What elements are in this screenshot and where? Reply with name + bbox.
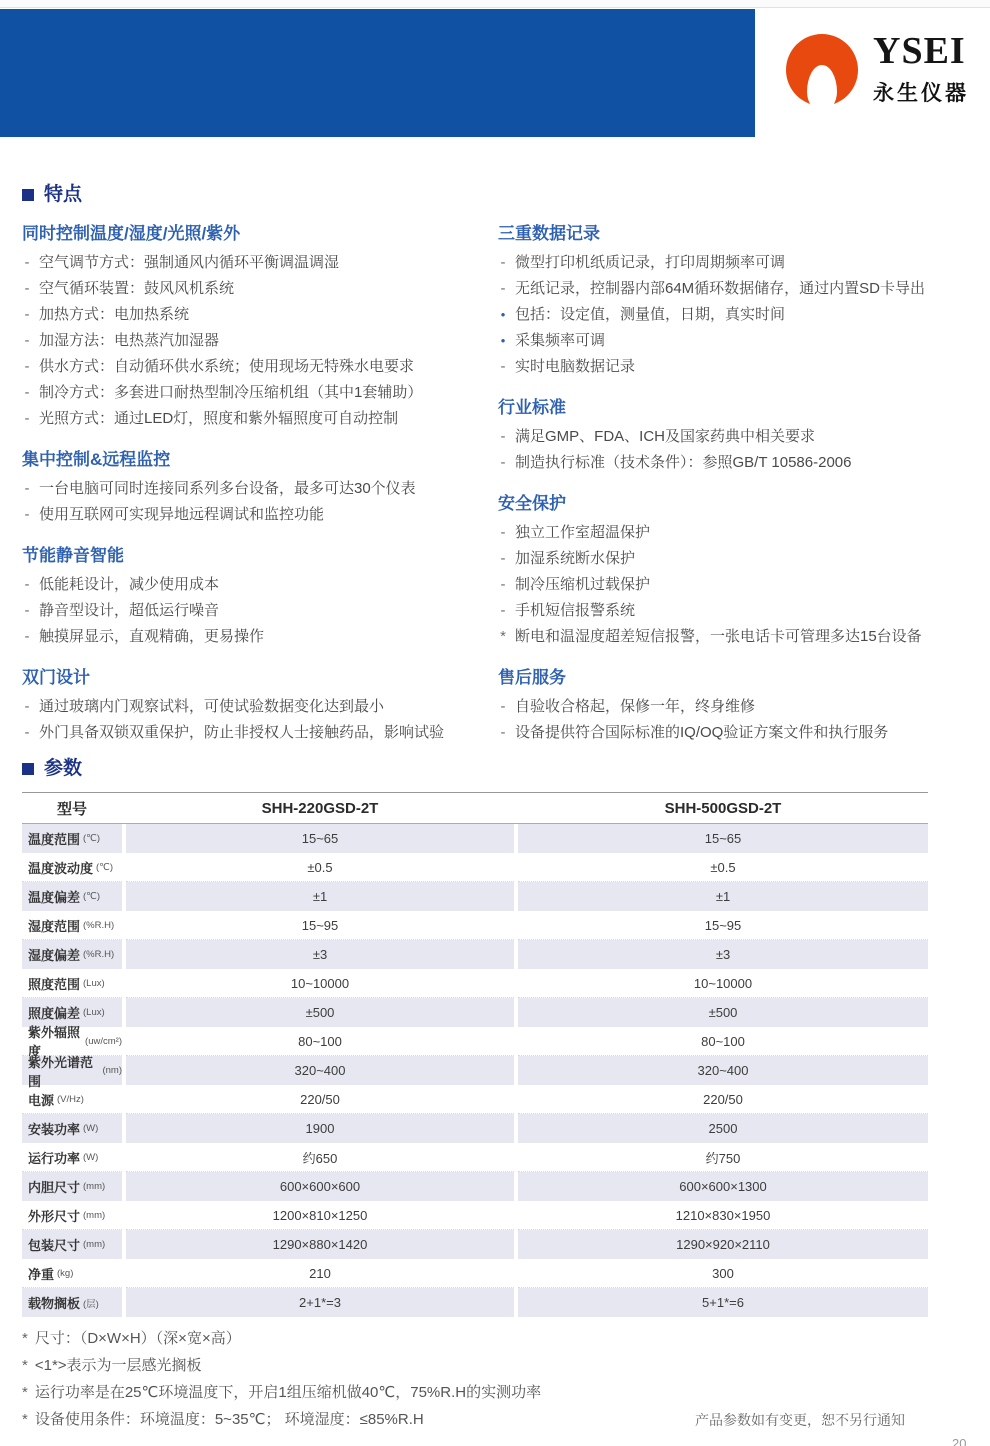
feature-text: 加热方式：电加热系统	[39, 302, 189, 328]
feature-item: -一台电脑可同时连接同系列多台设备，最多可达30个仪表	[22, 476, 484, 502]
table-row: 运行功率(W)约650约750	[22, 1143, 928, 1172]
feature-text: 自验收合格起，保修一年，终身维修	[515, 694, 755, 720]
spec-value: ±0.5	[518, 853, 928, 882]
spec-unit: (mm)	[83, 1239, 105, 1250]
spec-value: 15~65	[126, 824, 514, 853]
asterisk-bullet: *	[498, 624, 508, 650]
feature-item: -制冷压缩机过载保护	[498, 572, 968, 598]
dash-bullet: -	[22, 598, 32, 624]
feature-text: 低能耗设计，减少使用成本	[39, 572, 219, 598]
feature-group-central-control: 集中控制&远程监控 -一台电脑可同时连接同系列多台设备，最多可达30个仪表 -使…	[22, 448, 484, 528]
feature-item: -静音型设计，超低运行噪音	[22, 598, 484, 624]
dot-bullet: •	[498, 302, 508, 328]
feature-heading: 同时控制温度/湿度/光照/紫外	[22, 222, 484, 246]
brand-logo-text: YSEI 永生仪器	[873, 32, 969, 107]
spec-value: 2500	[518, 1114, 928, 1143]
dash-bullet: -	[22, 572, 32, 598]
page-header: YSEI 永生仪器	[0, 8, 990, 138]
feature-item: -加湿方法：电热蒸汽加湿器	[22, 328, 484, 354]
spec-label: 净重(kg)	[22, 1259, 122, 1288]
spec-value: 1290×880×1420	[126, 1230, 514, 1259]
feature-item: -光照方式：通过LED灯，照度和紫外辐照度可自动控制	[22, 406, 484, 432]
section-bullet-icon	[22, 189, 34, 201]
footnote-text: <1*>表示为一层感光搁板	[35, 1352, 202, 1379]
table-row: 湿度偏差(%R.H)±3±3	[22, 940, 928, 969]
feature-group-data-recording: 三重数据记录 -微型打印机纸质记录，打印周期频率可调 -无纸记录，控制器内部64…	[498, 222, 968, 380]
feature-heading: 售后服务	[498, 666, 968, 690]
feature-heading: 行业标准	[498, 396, 968, 420]
dash-bullet: -	[22, 624, 32, 650]
feature-text: 断电和温湿度超差短信报警，一张电话卡可管理多达15台设备	[515, 624, 922, 650]
dash-bullet: -	[498, 354, 508, 380]
dash-bullet: -	[22, 354, 32, 380]
dot-bullet: •	[498, 328, 508, 354]
asterisk-bullet: *	[22, 1352, 28, 1379]
spec-table: 型号 SHH-220GSD-2T SHH-500GSD-2T 温度范围(℃)15…	[22, 792, 928, 1317]
spec-label: 电源(V/Hz)	[22, 1085, 122, 1114]
spec-unit: (V/Hz)	[57, 1094, 84, 1105]
table-row: 照度范围(Lux)10~1000010~10000	[22, 969, 928, 998]
spec-unit: (W)	[83, 1152, 98, 1163]
dash-bullet: -	[498, 520, 508, 546]
params-section-title: 参数	[22, 758, 968, 780]
footnote: *尺寸：（D×W×H）（深×宽×高）	[22, 1325, 968, 1352]
spec-label: 紫外光谱范围(nm)	[22, 1056, 122, 1085]
spec-label: 载物搁板(层)	[22, 1288, 122, 1317]
feature-text: 触摸屏显示，直观精确，更易操作	[39, 624, 264, 650]
spec-value: 2+1*=3	[126, 1288, 514, 1317]
spec-value: 1210×830×1950	[518, 1201, 928, 1230]
spec-value: 15~95	[126, 911, 514, 940]
spec-value: ±3	[126, 940, 514, 969]
spec-unit: (Lux)	[83, 978, 105, 989]
spec-value: 约750	[518, 1143, 928, 1172]
feature-item: •包括：设定值，测量值，日期，真实时间	[498, 302, 968, 328]
dash-bullet: -	[498, 694, 508, 720]
spec-unit: (%R.H)	[83, 949, 114, 960]
spec-value: ±1	[126, 882, 514, 911]
spec-unit: (Lux)	[83, 1007, 105, 1018]
feature-text: 采集频率可调	[515, 328, 605, 354]
feature-text: 独立工作室超温保护	[515, 520, 650, 546]
dash-bullet: -	[22, 502, 32, 528]
table-row: 包装尺寸(mm)1290×880×14201290×920×2110	[22, 1230, 928, 1259]
feature-item: -独立工作室超温保护	[498, 520, 968, 546]
dash-bullet: -	[498, 546, 508, 572]
spec-value: 220/50	[126, 1085, 514, 1114]
feature-text: 无纸记录，控制器内部64M循环数据储存，通过内置SD卡导出	[515, 276, 925, 302]
table-row: 净重(kg)210300	[22, 1259, 928, 1288]
feature-item: -通过玻璃内门观察试料，可使试验数据变化达到最小	[22, 694, 484, 720]
spec-label: 包装尺寸(mm)	[22, 1230, 122, 1259]
footnote: *运行功率是在25℃环境温度下，开启1组压缩机做40℃，75%R.H的实测功率	[22, 1379, 968, 1406]
table-row: 温度偏差(℃)±1±1	[22, 882, 928, 911]
spec-label: 内胆尺寸(mm)	[22, 1172, 122, 1201]
table-row: 湿度范围(%R.H)15~9515~95	[22, 911, 928, 940]
feature-text: 制冷压缩机过载保护	[515, 572, 650, 598]
spec-value: 220/50	[518, 1085, 928, 1114]
brand-name: YSEI	[873, 32, 969, 70]
asterisk-bullet: *	[22, 1406, 28, 1433]
spec-unit: (℃)	[96, 862, 113, 873]
spec-unit: (%R.H)	[83, 920, 114, 931]
table-row: 照度偏差(Lux)±500±500	[22, 998, 928, 1027]
feature-text: 通过玻璃内门观察试料，可使试验数据变化达到最小	[39, 694, 384, 720]
spec-value: 1200×810×1250	[126, 1201, 514, 1230]
footnote: *<1*>表示为一层感光搁板	[22, 1352, 968, 1379]
page-content: 特点 同时控制温度/湿度/光照/紫外 -空气调节方式：强制通风内循环平衡调温调湿…	[0, 184, 990, 1433]
dash-bullet: -	[22, 380, 32, 406]
spec-unit: (层)	[83, 1296, 99, 1310]
spec-unit: (nm)	[102, 1065, 122, 1076]
dash-bullet: -	[22, 302, 32, 328]
top-divider	[0, 0, 990, 8]
feature-text: 使用互联网可实现异地远程调试和监控功能	[39, 502, 324, 528]
footnotes: *尺寸：（D×W×H）（深×宽×高） *<1*>表示为一层感光搁板 *运行功率是…	[22, 1325, 968, 1433]
spec-value: ±0.5	[126, 853, 514, 882]
feature-item: -加热方式：电加热系统	[22, 302, 484, 328]
feature-heading: 双门设计	[22, 666, 484, 690]
feature-text: 外门具备双锁双重保护，防止非授权人士接触药品，影响试验	[39, 720, 444, 746]
feature-text: 满足GMP、FDA、ICH及国家药典中相关要求	[515, 424, 815, 450]
table-row: 载物搁板(层)2+1*=35+1*=6	[22, 1288, 928, 1317]
dash-bullet: -	[498, 276, 508, 302]
spec-value: 600×600×600	[126, 1172, 514, 1201]
header-blue-bar	[0, 9, 755, 137]
feature-item: -使用互联网可实现异地远程调试和监控功能	[22, 502, 484, 528]
spec-value: 80~100	[518, 1027, 928, 1056]
spec-value: ±3	[518, 940, 928, 969]
dash-bullet: -	[498, 250, 508, 276]
footnote-text: 设备使用条件：环境温度：5~35℃； 环境湿度：≤85%R.H	[35, 1406, 424, 1433]
feature-item: -供水方式：自动循环供水系统；使用现场无特殊水电要求	[22, 354, 484, 380]
table-row: 外形尺寸(mm)1200×810×12501210×830×1950	[22, 1201, 928, 1230]
spec-value: 15~95	[518, 911, 928, 940]
spec-label: 湿度偏差(%R.H)	[22, 940, 122, 969]
features-section-title: 特点	[22, 184, 968, 206]
spec-unit: (kg)	[57, 1268, 73, 1279]
dash-bullet: -	[22, 276, 32, 302]
feature-group-double-door: 双门设计 -通过玻璃内门观察试料，可使试验数据变化达到最小 -外门具备双锁双重保…	[22, 666, 484, 746]
footnote-text: 尺寸：（D×W×H）（深×宽×高）	[35, 1325, 241, 1352]
model-column-header: 型号	[22, 793, 122, 823]
spec-value: 1900	[126, 1114, 514, 1143]
brand-subtitle: 永生仪器	[873, 77, 969, 107]
spec-label: 湿度范围(%R.H)	[22, 911, 122, 940]
feature-text: 制冷方式：多套进口耐热型制冷压缩机组（其中1套辅助）	[39, 380, 422, 406]
feature-text: 微型打印机纸质记录，打印周期频率可调	[515, 250, 785, 276]
dash-bullet: -	[498, 450, 508, 476]
spec-value: ±500	[126, 998, 514, 1027]
feature-group-multi-control: 同时控制温度/湿度/光照/紫外 -空气调节方式：强制通风内循环平衡调温调湿 -空…	[22, 222, 484, 432]
feature-text: 设备提供符合国际标准的IQ/OQ验证方案文件和执行服务	[515, 720, 888, 746]
spec-value: 1290×920×2110	[518, 1230, 928, 1259]
disclaimer-text: 产品参数如有变更，恕不另行通知	[695, 1410, 905, 1430]
dash-bullet: -	[22, 720, 32, 746]
feature-item: -微型打印机纸质记录，打印周期频率可调	[498, 250, 968, 276]
spec-label: 安装功率(W)	[22, 1114, 122, 1143]
spec-label: 外形尺寸(mm)	[22, 1201, 122, 1230]
feature-item: -制冷方式：多套进口耐热型制冷压缩机组（其中1套辅助）	[22, 380, 484, 406]
feature-item: -无纸记录，控制器内部64M循环数据储存，通过内置SD卡导出	[498, 276, 968, 302]
dash-bullet: -	[22, 694, 32, 720]
spec-unit: (mm)	[83, 1181, 105, 1192]
table-row: 紫外辐照度(uw/cm²)80~10080~100	[22, 1027, 928, 1056]
feature-text: 加湿方法：电热蒸汽加湿器	[39, 328, 219, 354]
feature-item: -满足GMP、FDA、ICH及国家药典中相关要求	[498, 424, 968, 450]
table-row: 内胆尺寸(mm)600×600×600600×600×1300	[22, 1172, 928, 1201]
spec-value: 80~100	[126, 1027, 514, 1056]
feature-text: 静音型设计，超低运行噪音	[39, 598, 219, 624]
logo-egg-shape	[807, 65, 837, 111]
features-title-label: 特点	[44, 184, 82, 206]
feature-item: -空气调节方式：强制通风内循环平衡调温调湿	[22, 250, 484, 276]
table-row: 电源(V/Hz)220/50220/50	[22, 1085, 928, 1114]
features-left-column: 同时控制温度/湿度/光照/紫外 -空气调节方式：强制通风内循环平衡调温调湿 -空…	[22, 206, 484, 746]
feature-text: 手机短信报警系统	[515, 598, 635, 624]
feature-heading: 三重数据记录	[498, 222, 968, 246]
spec-value: 10~10000	[126, 969, 514, 998]
feature-heading: 节能静音智能	[22, 544, 484, 568]
section-bullet-icon	[22, 763, 34, 775]
spec-label: 温度波动度(℃)	[22, 853, 122, 882]
feature-item: -设备提供符合国际标准的IQ/OQ验证方案文件和执行服务	[498, 720, 968, 746]
page-number: 20	[952, 1436, 966, 1446]
dash-bullet: -	[498, 598, 508, 624]
dash-bullet: -	[498, 424, 508, 450]
feature-text: 空气调节方式：强制通风内循环平衡调温调湿	[39, 250, 339, 276]
feature-text: 制造执行标准（技术条件）：参照GB/T 10586-2006	[515, 450, 851, 476]
footnote-text: 运行功率是在25℃环境温度下，开启1组压缩机做40℃，75%R.H的实测功率	[35, 1379, 541, 1406]
feature-item: -手机短信报警系统	[498, 598, 968, 624]
dash-bullet: -	[22, 250, 32, 276]
spec-label: 照度范围(Lux)	[22, 969, 122, 998]
feature-text: 一台电脑可同时连接同系列多台设备，最多可达30个仪表	[39, 476, 416, 502]
feature-item: -实时电脑数据记录	[498, 354, 968, 380]
feature-group-industry-standard: 行业标准 -满足GMP、FDA、ICH及国家药典中相关要求 -制造执行标准（技术…	[498, 396, 968, 476]
feature-text: 包括：设定值，测量值，日期，真实时间	[515, 302, 785, 328]
features-columns: 同时控制温度/湿度/光照/紫外 -空气调节方式：强制通风内循环平衡调温调湿 -空…	[22, 206, 968, 746]
dash-bullet: -	[498, 572, 508, 598]
table-row: 温度范围(℃)15~6515~65	[22, 824, 928, 853]
spec-value: 600×600×1300	[518, 1172, 928, 1201]
spec-unit: (W)	[83, 1123, 98, 1134]
spec-value: 210	[126, 1259, 514, 1288]
feature-text: 实时电脑数据记录	[515, 354, 635, 380]
spec-value: 10~10000	[518, 969, 928, 998]
feature-item: -空气循环装置：鼓风风机系统	[22, 276, 484, 302]
spec-value: 320~400	[126, 1056, 514, 1085]
dash-bullet: -	[498, 720, 508, 746]
feature-item: -外门具备双锁双重保护，防止非授权人士接触药品，影响试验	[22, 720, 484, 746]
spec-unit: (℃)	[83, 891, 100, 902]
spec-value: 5+1*=6	[518, 1288, 928, 1317]
feature-item: -自验收合格起，保修一年，终身维修	[498, 694, 968, 720]
feature-item: •采集频率可调	[498, 328, 968, 354]
asterisk-bullet: *	[22, 1325, 28, 1352]
model2-header: SHH-500GSD-2T	[518, 793, 928, 823]
features-right-column: 三重数据记录 -微型打印机纸质记录，打印周期频率可调 -无纸记录，控制器内部64…	[484, 206, 968, 746]
table-header-row: 型号 SHH-220GSD-2T SHH-500GSD-2T	[22, 793, 928, 824]
params-title-label: 参数	[44, 758, 82, 780]
spec-value: 约650	[126, 1143, 514, 1172]
spec-label: 运行功率(W)	[22, 1143, 122, 1172]
feature-text: 光照方式：通过LED灯，照度和紫外辐照度可自动控制	[39, 406, 398, 432]
table-row: 紫外光谱范围(nm)320~400320~400	[22, 1056, 928, 1085]
dash-bullet: -	[22, 406, 32, 432]
feature-group-after-sales: 售后服务 -自验收合格起，保修一年，终身维修 -设备提供符合国际标准的IQ/OQ…	[498, 666, 968, 746]
spec-value: 300	[518, 1259, 928, 1288]
feature-heading: 安全保护	[498, 492, 968, 516]
dash-bullet: -	[22, 476, 32, 502]
spec-label: 温度偏差(℃)	[22, 882, 122, 911]
feature-item: -加湿系统断水保护	[498, 546, 968, 572]
feature-group-safety: 安全保护 -独立工作室超温保护 -加湿系统断水保护 -制冷压缩机过载保护 -手机…	[498, 492, 968, 650]
brand-logo-icon	[786, 34, 858, 106]
table-row: 安装功率(W)19002500	[22, 1114, 928, 1143]
spec-value: ±500	[518, 998, 928, 1027]
brand-logo: YSEI 永生仪器	[786, 32, 969, 107]
feature-group-energy-saving: 节能静音智能 -低能耗设计，减少使用成本 -静音型设计，超低运行噪音 -触摸屏显…	[22, 544, 484, 650]
feature-text: 供水方式：自动循环供水系统；使用现场无特殊水电要求	[39, 354, 414, 380]
asterisk-bullet: *	[22, 1379, 28, 1406]
spec-unit: (mm)	[83, 1210, 105, 1221]
feature-text: 空气循环装置：鼓风风机系统	[39, 276, 234, 302]
table-row: 温度波动度(℃)±0.5±0.5	[22, 853, 928, 882]
feature-heading: 集中控制&远程监控	[22, 448, 484, 472]
feature-item: *断电和温湿度超差短信报警，一张电话卡可管理多达15台设备	[498, 624, 968, 650]
feature-item: -触摸屏显示，直观精确，更易操作	[22, 624, 484, 650]
spec-unit: (℃)	[83, 833, 100, 844]
dash-bullet: -	[22, 328, 32, 354]
spec-label: 温度范围(℃)	[22, 824, 122, 853]
spec-value: 15~65	[518, 824, 928, 853]
model1-header: SHH-220GSD-2T	[126, 793, 514, 823]
spec-unit: (uw/cm²)	[85, 1036, 122, 1047]
spec-value: ±1	[518, 882, 928, 911]
feature-item: -制造执行标准（技术条件）：参照GB/T 10586-2006	[498, 450, 968, 476]
feature-item: -低能耗设计，减少使用成本	[22, 572, 484, 598]
spec-value: 320~400	[518, 1056, 928, 1085]
feature-text: 加湿系统断水保护	[515, 546, 635, 572]
